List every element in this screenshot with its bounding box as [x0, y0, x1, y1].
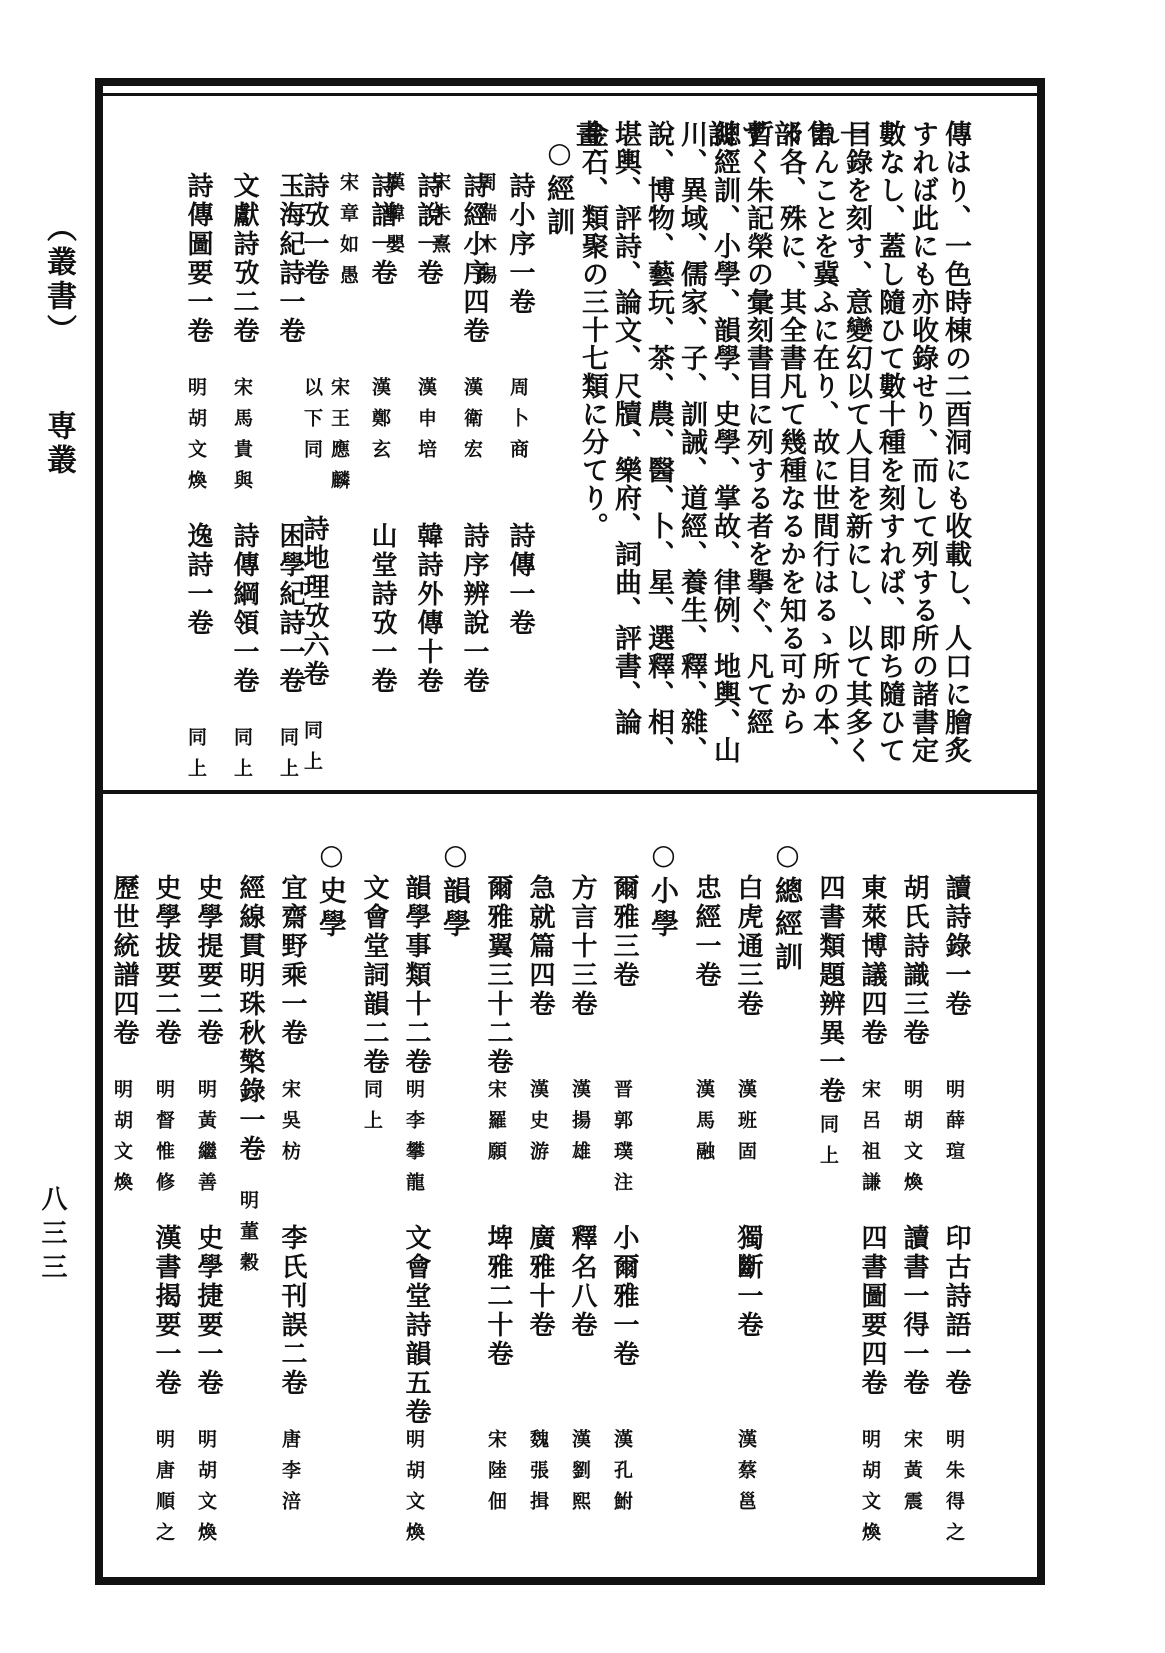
book-author: 明朱得之 [941, 1429, 968, 1553]
book-author: 漢孔鮒 [609, 1429, 636, 1522]
book-author: 魏張揖 [525, 1429, 552, 1522]
book-title: 印古詩語一卷 [938, 1224, 975, 1429]
book-title: 歷世統譜四卷 [111, 874, 143, 1079]
entry-column: 忠經一卷漢馬融 [683, 798, 725, 1569]
book-author: 漢蔡邕 [733, 1429, 760, 1522]
book-title: 史學捷要一卷 [190, 1224, 227, 1429]
book-title: 文會堂詞韻二卷 [356, 874, 393, 1079]
book-title: 四書類題辨異一卷 [812, 874, 849, 1114]
entry-column: 詩傳圖要一卷明胡文煥逸詩一卷同上 [171, 96, 217, 790]
upper-register: 傳はり、一色時棟の二酉洞にも收載し、人口に膾炙すれば此にも亦收錄せり、而して列す… [111, 96, 975, 790]
book-author: 宋馬貴與 [229, 377, 256, 522]
book-author: 同上 [299, 720, 326, 782]
section-heading: ○小學 [643, 798, 683, 1569]
book-title: 詩傳一卷 [502, 522, 539, 727]
book-author: 同上 [359, 1079, 386, 1141]
book-author: 同上 [229, 727, 256, 789]
book-author: 晋郭璞注 [609, 1079, 636, 1224]
book-title: 文獻詩攷二卷 [226, 172, 263, 377]
book-title: 宜齋野乘一卷 [274, 874, 311, 1079]
book-title: 爾雅三卷 [606, 874, 643, 1079]
page-number: 八三三 [34, 1185, 71, 1287]
book-author: 明董穀 [235, 1190, 262, 1283]
book-author: 同上 [183, 727, 210, 789]
book-title: 埤雅二十卷 [480, 1224, 517, 1429]
book-title: 讀書一得一卷 [896, 1224, 933, 1429]
entry-column: 經線貫明珠秋檠錄一卷明董穀 [227, 798, 269, 1569]
book-author: 宋吳枋 [277, 1079, 304, 1224]
book-title: 史學拔要二卷 [148, 874, 185, 1079]
book-title: 山堂詩攷一卷 [364, 522, 401, 727]
book-title: 詩傳圖要一卷 [180, 172, 217, 377]
book-title: 小爾雅一卷 [606, 1224, 643, 1429]
book-title: 獨斷一卷 [730, 1224, 767, 1429]
margin-label-top: （叢書） [41, 212, 76, 348]
entry-column: 詩小序一卷周卜商詩傳一卷周端木賜 [493, 96, 539, 790]
entry-column: 胡氏詩識三卷明胡文煥讀書一得一卷宋黃震 [891, 798, 933, 1569]
book-author: 明胡文煥 [183, 377, 210, 522]
book-author: 漢馬融 [691, 1079, 718, 1172]
intro-text-column: 堪輿、評詩、論文、尺牘、樂府、詞曲、評書、論畫、 [612, 96, 645, 790]
book-title: 釋名八卷 [564, 1224, 601, 1429]
book-author: 宋呂祖謙 [857, 1079, 884, 1224]
book-author: 宋黃震 [899, 1429, 926, 1522]
section-heading: ○總經訓 [767, 798, 807, 1569]
book-author: 明唐順之 [151, 1429, 178, 1553]
intro-text-column: 々各、殊に、其全書凡て幾種なるかを知る可からず、 [777, 96, 810, 790]
book-title: 詩小序一卷 [502, 172, 539, 377]
entry-column: 爾雅三卷晋郭璞注小爾雅一卷漢孔鮒 [601, 798, 643, 1569]
book-title: 白虎通三卷 [730, 874, 767, 1079]
book-author: 明胡文煥 [401, 1429, 428, 1553]
entry-column: 四書類題辨異一卷同上 [807, 798, 849, 1569]
entry-column: 方言十三卷漢揚雄釋名八卷漢劉熙 [559, 798, 601, 1569]
book-title: 文會堂詩韻五卷 [398, 1224, 435, 1429]
book-title: 詩序辨說一卷 [456, 522, 493, 727]
book-title: 逸詩一卷 [180, 522, 217, 727]
intro-text-column: 數なし、蓋し隨ひて數十種を刻すれば、即ち隨ひて一 [876, 96, 909, 790]
book-title: 史學提要二卷 [190, 874, 227, 1079]
book-author: 宋章如愚 [335, 172, 362, 296]
book-author: 漢史游 [525, 1079, 552, 1224]
scanned-book-page: （叢書）専叢 八三三 傳はり、一色時棟の二酉洞にも收載し、人口に膾炙すれば此にも… [0, 0, 1165, 1653]
lower-register: 讀詩錄一卷明薛瑄印古詩語一卷明朱得之胡氏詩識三卷明胡文煥讀書一得一卷宋黃震東萊博… [111, 798, 975, 1569]
book-title: 東萊博議四卷 [854, 874, 891, 1079]
book-author: 明督惟修 [151, 1079, 178, 1224]
book-author: 漢申培 [413, 377, 440, 522]
entry-column: 東萊博議四卷宋呂祖謙四書圖要四卷明胡文煥 [849, 798, 891, 1569]
entry-column: 史學拔要二卷明督惟修漢書揭要一卷明唐順之 [143, 798, 185, 1569]
book-title: 困學紀詩一卷 [272, 522, 309, 727]
book-title: 漢書揭要一卷 [148, 1224, 185, 1429]
book-title: 胡氏詩識三卷 [896, 874, 933, 1079]
book-author: 宋羅願 [483, 1079, 510, 1224]
book-title: 四書圖要四卷 [854, 1224, 891, 1429]
entry-column: 文獻詩攷二卷宋馬貴與詩傳綱領一卷同上 [217, 96, 263, 790]
book-author: 漢鄭玄 [367, 377, 394, 522]
entry-column: 讀詩錄一卷明薛瑄印古詩語一卷明朱得之 [933, 798, 975, 1569]
entry-column: 宜齋野乘一卷宋吳枋李氏刊誤二卷唐李涪 [269, 798, 311, 1569]
intro-text-column: 總經訓、小學、韻學、史學、掌故、律例、地輿、山 [711, 96, 744, 790]
intro-text-column: すれば此にも亦收錄せり、而して列する所の諸書定 [909, 96, 942, 790]
book-title: 玉海紀詩一卷 [272, 172, 309, 377]
book-author: 漢劉熙 [567, 1429, 594, 1522]
book-title: 李氏刊誤二卷 [274, 1224, 311, 1429]
margin-label-bottom: 専叢 [41, 410, 76, 478]
book-author: 明胡文煥 [899, 1079, 926, 1224]
book-author: 漢韓嬰 [381, 172, 408, 265]
intro-text-column: 目錄を刻す、意變幻以て人目を新にし、以て其多く售 [843, 96, 876, 790]
book-author: 同上 [815, 1114, 842, 1176]
entry-column: 韻學事類十二卷明李攀龍文會堂詩韻五卷明胡文煥 [393, 798, 435, 1569]
book-author: 漢班固 [733, 1079, 760, 1224]
book-author: 宋朱熹 [427, 172, 454, 265]
book-title: 急就篇四卷 [522, 874, 559, 1079]
entry-column: 白虎通三卷漢班固獨斷一卷漢蔡邕 [725, 798, 767, 1569]
entry-column: 史學提要二卷明黃繼善史學捷要一卷明胡文煥 [185, 798, 227, 1569]
book-author: 宋王應麟以下同 [299, 377, 353, 515]
book-title: 爾雅翼三十二卷 [480, 874, 517, 1079]
book-title: 讀詩錄一卷 [938, 874, 975, 1079]
book-title: 經線貫明珠秋檠錄一卷 [232, 874, 269, 1164]
book-author: 周卜商 [505, 377, 532, 522]
book-author: 明黃繼善 [193, 1079, 220, 1224]
text-frame-border: 傳はり、一色時棟の二酉洞にも收載し、人口に膾炙すれば此にも亦收錄せり、而して列す… [95, 78, 1045, 1585]
intro-text-column: 說、博物、藝玩、茶、農、醫、卜、星、選釋、相、 [645, 96, 678, 790]
book-title: 詩傳綱領一卷 [226, 522, 263, 727]
intro-text-column: れんことを冀ふに在り、故に世間行はるゝ所の本、部 [810, 96, 843, 790]
book-author: 唐李涪 [277, 1429, 304, 1522]
intro-text-column: 暫く朱記榮の彙刻書目に列する者を擧ぐ、凡て經訓、 [744, 96, 777, 790]
book-author: 漢揚雄 [567, 1079, 594, 1224]
book-author: 同上 [275, 727, 302, 789]
margin-series-label: （叢書）専叢 [36, 212, 80, 478]
entry-column: 爾雅翼三十二卷宋羅願埤雅二十卷宋陸佃 [475, 798, 517, 1569]
entry-column: 文會堂詞韻二卷同上 [351, 798, 393, 1569]
book-title: 韻學事類十二卷 [398, 874, 435, 1079]
book-author: 明薛瑄 [941, 1079, 968, 1224]
section-heading: ○韻學 [435, 798, 475, 1569]
intro-text-column: 川、異域、儒家、子、訓誡、道經、養生、釋、雜、 [678, 96, 711, 790]
book-author: 明李攀龍 [401, 1079, 428, 1224]
book-title: 廣雅十卷 [522, 1224, 559, 1429]
book-author: 周端木賜 [473, 172, 500, 296]
book-author: 明胡文煥 [857, 1429, 884, 1553]
entry-column: 急就篇四卷漢史游廣雅十卷魏張揖 [517, 798, 559, 1569]
register-divider [103, 790, 1037, 794]
book-title: 韓詩外傳十卷 [410, 522, 447, 727]
book-author: 漢衛宏 [459, 377, 486, 522]
book-title: 方言十三卷 [564, 874, 601, 1079]
intro-text-column: 傳はり、一色時棟の二酉洞にも收載し、人口に膾炙 [942, 96, 975, 790]
section-heading: ○史學 [311, 798, 351, 1569]
book-author: 明胡文煥 [111, 1079, 136, 1203]
book-title: 忠經一卷 [688, 874, 725, 1079]
entry-column: 歷世統譜四卷明胡文煥 [111, 798, 143, 1569]
book-author: 明胡文煥 [193, 1429, 220, 1553]
book-author: 宋陸佃 [483, 1429, 510, 1522]
